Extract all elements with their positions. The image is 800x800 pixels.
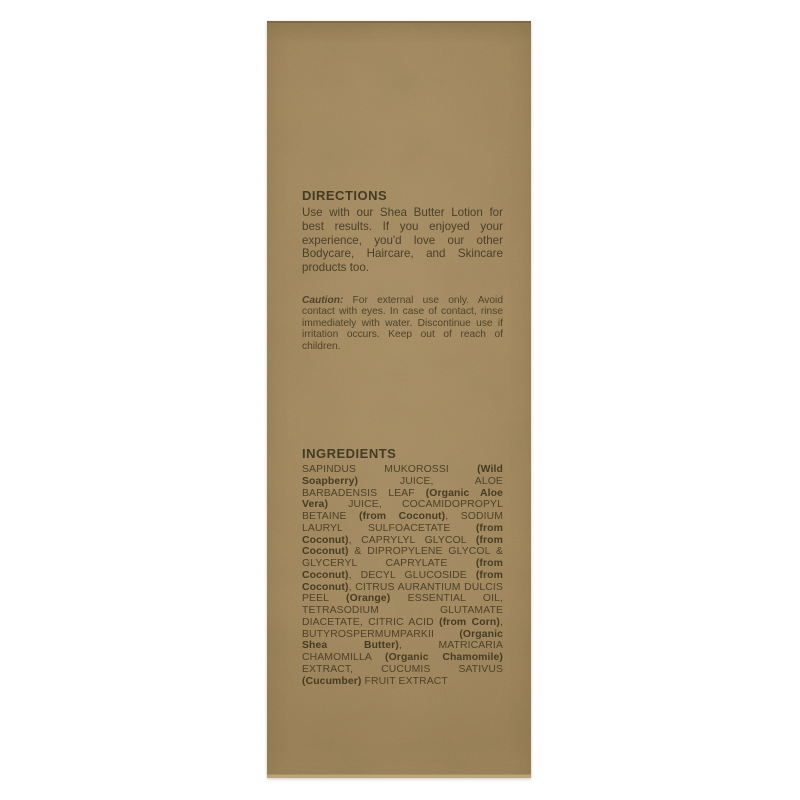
- ingredients-section: INGREDIENTS SAPINDUS MUKOROSSI (Wild Soa…: [302, 447, 503, 687]
- directions-heading: DIRECTIONS: [302, 189, 503, 202]
- directions-section: DIRECTIONS Use with our Shea Butter Loti…: [302, 189, 503, 275]
- directions-text: Use with our Shea Butter Lotion for best…: [302, 206, 503, 275]
- kraft-box-back-panel: DIRECTIONS Use with our Shea Butter Loti…: [267, 21, 531, 778]
- caution-text: Caution: For external use only. Avoid co…: [302, 295, 503, 352]
- panel-content: DIRECTIONS Use with our Shea Butter Loti…: [267, 21, 531, 778]
- ingredients-heading: INGREDIENTS: [302, 447, 503, 460]
- product-photo-stage: DIRECTIONS Use with our Shea Butter Loti…: [0, 0, 800, 800]
- ingredients-text: SAPINDUS MUKOROSSI (Wild Soapberry) JUIC…: [302, 464, 503, 687]
- caution-label: Caution:: [302, 295, 343, 306]
- caution-section: Caution: For external use only. Avoid co…: [302, 295, 503, 352]
